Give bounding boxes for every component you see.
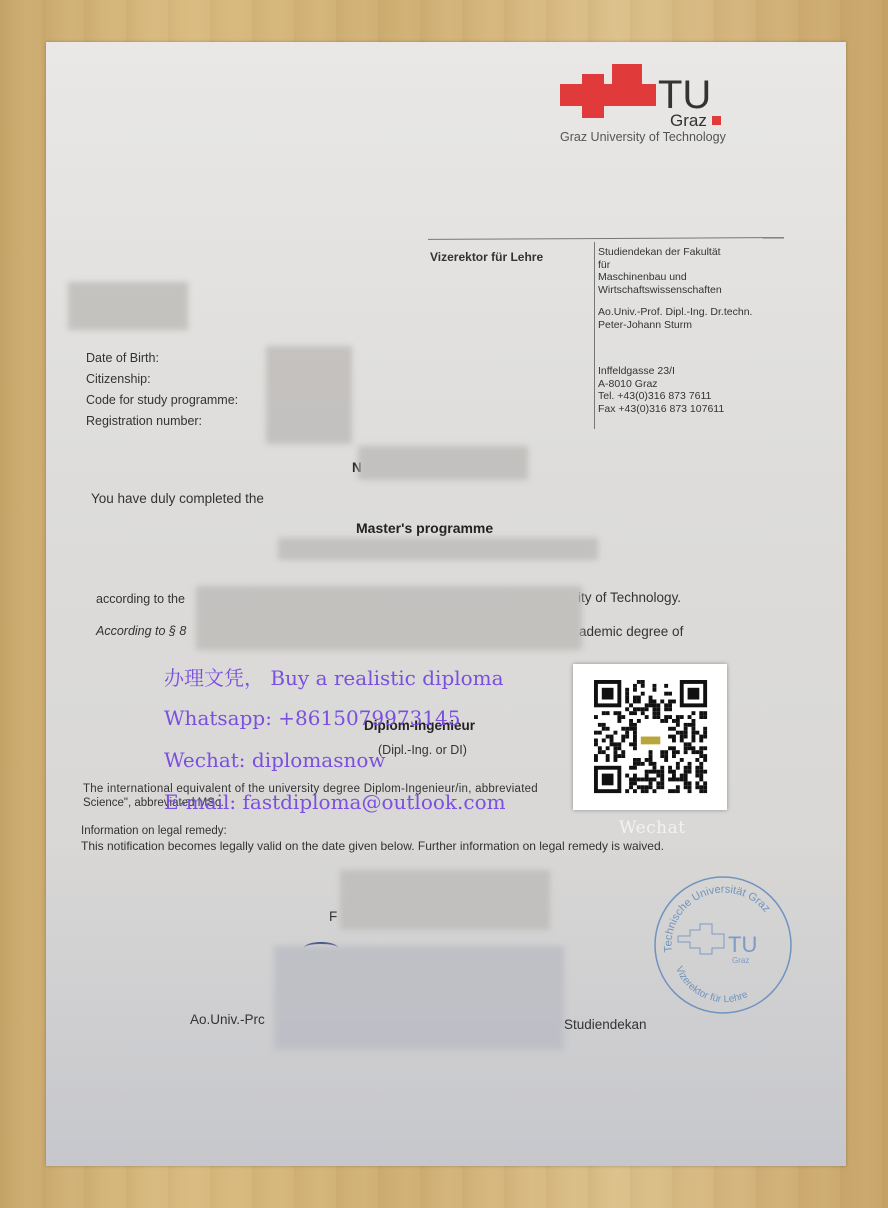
header-office-title: Vizerektor für Lehre [430, 250, 543, 264]
signatory-left-title: Ao.Univ.-Prc [190, 1012, 265, 1027]
signatory-right-title: Studiendekan [564, 1017, 647, 1032]
official-stamp: Technische Universität Graz Vizerektor f… [650, 872, 796, 1018]
watermark-line-1: 办理文凭， Buy a realistic diploma [164, 662, 504, 691]
signatory-title: Ao.Univ.-Prof. Dipl.-Ing. Dr.techn. [598, 306, 752, 319]
header-line: Maschinenbau und [598, 271, 752, 284]
address-line: A-8010 Graz [598, 378, 752, 391]
place-date-initial: F [329, 909, 337, 924]
field-registration: Registration number: [86, 411, 238, 432]
field-date-of-birth: Date of Birth: [86, 348, 238, 369]
qr-label: Wechat [619, 818, 686, 838]
header-column-divider [594, 242, 595, 429]
header-dean-info: Studiendekan der Fakultät für Maschinenb… [598, 246, 752, 415]
redacted-recipient [68, 282, 188, 330]
watermark-wechat: Wechat: diplomasnow [164, 748, 386, 772]
svg-text:Vizerektor für Lehre: Vizerektor für Lehre [673, 965, 750, 1005]
according-line-start: according to the [96, 592, 185, 606]
personal-fields: Date of Birth: Citizenship: Code for stu… [86, 348, 238, 432]
stamp-bottom-text: Vizerektor für Lehre [673, 965, 750, 1005]
degree-abbreviation: (Dipl.-Ing. or DI) [378, 743, 467, 757]
header-divider [428, 237, 784, 240]
fax-line: Fax +43(0)316 873 107611 [598, 403, 752, 416]
according-line-end: ity of Technology. [578, 590, 681, 605]
institution-caption: Graz University of Technology [560, 130, 726, 144]
header-line: Wirtschaftswissenschaften [598, 284, 752, 297]
watermark-whatsapp: Whatsapp: +8615079973145 [164, 706, 460, 730]
header-line: für [598, 259, 752, 272]
field-citizenship: Citizenship: [86, 369, 238, 390]
signatory-name: Peter-Johann Sturm [598, 319, 752, 332]
redacted-signatures [274, 946, 564, 1050]
field-study-code: Code for study programme: [86, 390, 238, 411]
redacted-personal-values [266, 346, 352, 444]
svg-text:Graz: Graz [670, 111, 707, 130]
svg-text:Graz: Graz [732, 956, 749, 965]
legal-remedy-heading: Information on legal remedy: [81, 824, 227, 838]
according2-line-start: According to § 8 [96, 624, 186, 638]
wechat-qr-code[interactable] [573, 664, 727, 810]
redacted-place-date [340, 870, 550, 930]
svg-text:TU: TU [728, 932, 757, 957]
redacted-regulation [196, 586, 582, 650]
according2-line-end: ademic degree of [579, 624, 683, 639]
completed-text: You have duly completed the [91, 491, 264, 506]
address-line: Inffeldgasse 23/I [598, 365, 752, 378]
phone-line: Tel. +43(0)316 873 7611 [598, 390, 752, 403]
legal-remedy-text: This notification becomes legally valid … [81, 839, 664, 853]
header-line: Studiendekan der Fakultät [598, 246, 752, 259]
watermark-email: E-mail: fastdiploma@outlook.com [164, 790, 506, 814]
programme-type: Master's programme [356, 520, 493, 536]
redacted-name [358, 446, 528, 480]
diploma-document: TU Graz Graz University of Technology Vi… [46, 42, 846, 1166]
redacted-programme-name [278, 538, 598, 560]
